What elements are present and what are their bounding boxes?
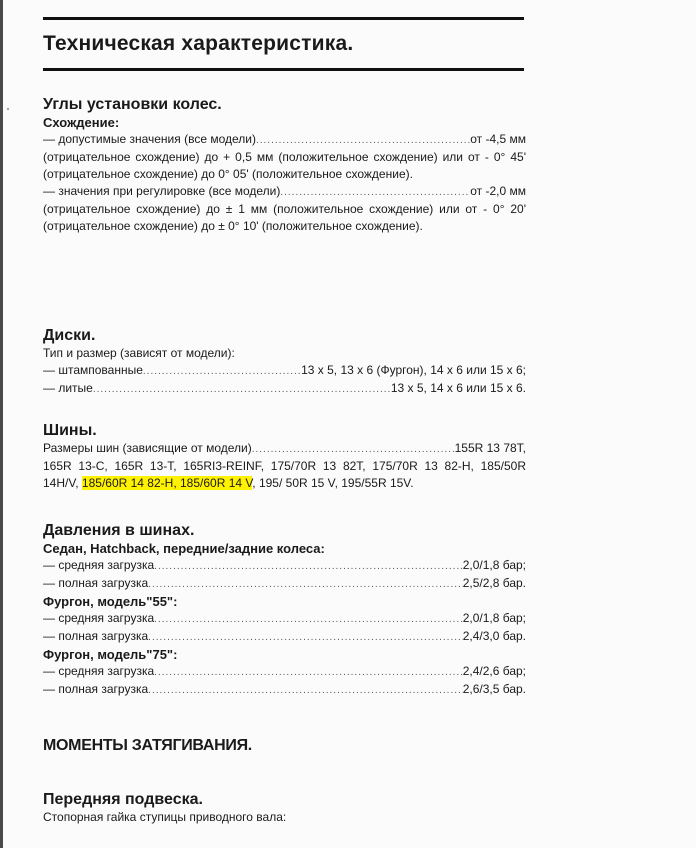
paragraph: (отрицательное схождение) до + 0,5 мм (п…	[43, 149, 526, 183]
section-torques: МОМЕНТЫ ЗАТЯГИВАНИЯ.	[43, 737, 526, 755]
spec-row: — штампованные 13 x 5, 13 x 6 (Фургон), …	[43, 362, 526, 380]
tyre-sizes: 165R 13-C, 165R 13-T, 165RI3-REINF, 175/…	[43, 458, 526, 492]
pressure-row: — средняя загрузка2,0/1,8 бар;	[43, 610, 526, 628]
paragraph: Стопорная гайка ступицы приводного вала:	[43, 809, 526, 826]
vehicle-group-title: Фургон, модель"55":	[43, 593, 526, 610]
pressure-row: — средняя загрузка2,0/1,8 бар;	[43, 557, 526, 575]
pressure-row: — полная загрузка2,4/3,0 бар.	[43, 628, 526, 646]
highlighted-tyre-sizes: 185/60R 14 82-H, 185/60R 14 V	[82, 476, 252, 490]
section-heading: Давления в шинах.	[43, 521, 526, 540]
subheading-toe: Схождение:	[43, 114, 526, 131]
torques-heading: МОМЕНТЫ ЗАТЯГИВАНИЯ.	[43, 737, 526, 755]
section-heading: Шины.	[43, 421, 526, 440]
section-wheel-alignment: Углы установки колес. Схождение: — допус…	[43, 95, 526, 235]
pressure-row: — полная загрузка2,5/2,8 бар.	[43, 575, 526, 593]
scan-edge	[0, 0, 3, 848]
paragraph: Тип и размер (зависят от модели):	[43, 345, 526, 362]
section-wheels: Диски. Тип и размер (зависят от модели):…	[43, 326, 526, 398]
section-heading: Диски.	[43, 326, 526, 345]
pressure-row: — полная загрузка2,6/3,5 бар.	[43, 681, 526, 699]
spec-row: — значения при регулировке (все модели) …	[43, 183, 526, 201]
section-front-suspension: Передняя подвеска. Стопорная гайка ступи…	[43, 790, 526, 826]
section-heading: Передняя подвеска.	[43, 790, 526, 809]
spec-row: Размеры шин (зависящие от модели) 155R 1…	[43, 440, 526, 458]
spec-row: — допустимые значения (все модели) от -4…	[43, 131, 526, 149]
vehicle-group-title: Седан, Hatchback, передние/задние колеса…	[43, 540, 526, 557]
section-tyres: Шины. Размеры шин (зависящие от модели) …	[43, 421, 526, 492]
page-title: Техническая характеристика.	[43, 32, 353, 56]
scan-speck	[7, 108, 9, 110]
vehicle-group-title: Фургон, модель"75":	[43, 646, 526, 663]
title-rule-bottom	[43, 68, 524, 71]
pressure-row: — средняя загрузка2,4/2,6 бар;	[43, 663, 526, 681]
section-heading: Углы установки колес.	[43, 95, 526, 114]
section-tyre-pressures: Давления в шинах. Седан, Hatchback, пере…	[43, 521, 526, 699]
paragraph: (отрицательное схождение) до ± 1 мм (пол…	[43, 201, 526, 235]
spec-row: — литые 13 x 5, 14 x 6 или 15 x 6.	[43, 380, 526, 398]
title-rule-top	[43, 17, 524, 20]
pressure-groups: Седан, Hatchback, передние/задние колеса…	[43, 540, 526, 699]
